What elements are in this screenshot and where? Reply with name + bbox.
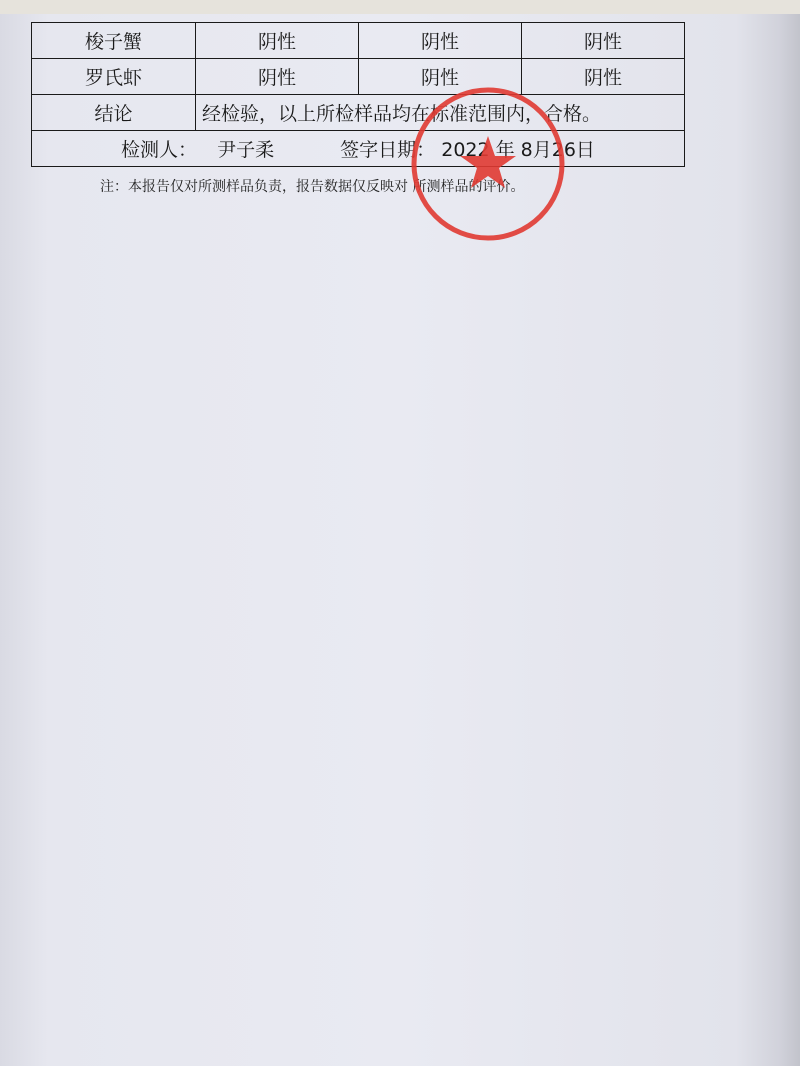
result-cell: 阴性 — [196, 59, 359, 95]
inspector-name: 尹子柔 — [217, 139, 274, 161]
table-row: 罗氏虾 阴性 阴性 阴性 — [32, 59, 685, 95]
conclusion-row: 结论 经检验，以上所检样品均在标准范围内，合格。 — [32, 95, 685, 131]
conclusion-label: 结论 — [32, 95, 196, 131]
paper-edge — [778, 14, 800, 1066]
background-surface — [0, 0, 800, 14]
table-row: 梭子蟹 阴性 阴性 阴性 — [32, 23, 685, 59]
result-cell: 阴性 — [196, 23, 359, 59]
result-cell: 阴性 — [521, 23, 684, 59]
signature-cell: 检测人： 尹子柔 签字日期： 2022 年 8月26日 — [32, 131, 685, 167]
result-cell: 阴性 — [358, 23, 521, 59]
signature-row: 检测人： 尹子柔 签字日期： 2022 年 8月26日 — [32, 131, 685, 167]
results-table: 梭子蟹 阴性 阴性 阴性 罗氏虾 阴性 阴性 阴性 结论 经检验，以上所检样品均… — [31, 22, 685, 167]
official-seal-icon — [408, 84, 568, 244]
inspector-label: 检测人： — [121, 139, 197, 161]
sample-name: 梭子蟹 — [32, 23, 196, 59]
sample-name: 罗氏虾 — [32, 59, 196, 95]
